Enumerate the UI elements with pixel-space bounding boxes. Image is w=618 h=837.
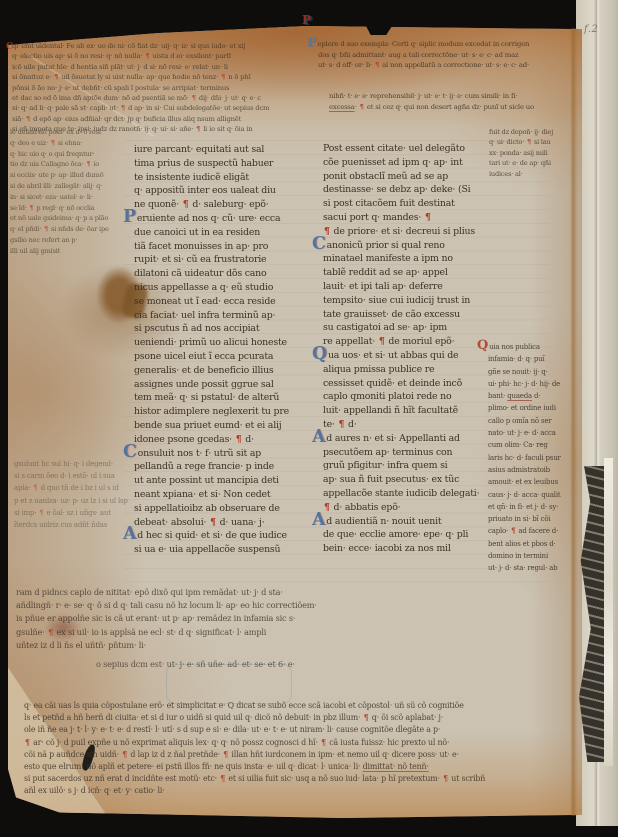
text-line: tiã facet monuisses in ap· pro: [134, 240, 324, 254]
text-line: pellandũ a rege francie· p inde: [134, 460, 324, 474]
line-text: q· el pñdi· ¶ si nñds de· õar ipe: [10, 225, 109, 233]
line-text: cõe puenisset ad ipm q· ap· int: [323, 157, 463, 168]
rubric-paraph: ¶: [378, 336, 386, 347]
rubric-paraph: ¶: [222, 750, 229, 759]
text-line: caplo· ¶ ad facere d·: [488, 525, 600, 537]
line-text: de que· ecclie amore· epe· q· pli: [323, 529, 468, 540]
line-text: q· electio uis ap· si õ no resi· q· nõ n…: [12, 52, 231, 60]
illuminated-initial: C: [123, 448, 137, 458]
line-text: eruiente ad nos q· cũ· ure· ecca: [137, 213, 280, 224]
text-line: o sepius dcm est· ut· j· e· sñ uñe· ad· …: [96, 659, 496, 669]
line-text: caus· j· d· acca· qualit: [488, 491, 561, 499]
text-line: uñtez iz d li ñs el uñtñ· pñtum· li·: [16, 639, 574, 652]
text-line: asius admistratoib: [488, 464, 600, 476]
line-text: si put sacerdos uz nñ erat d incidñte es…: [24, 774, 485, 783]
line-text: ut· j· d· sta· regul· ab: [488, 564, 557, 572]
line-text: tate grauisset· de cão excessu: [323, 309, 460, 320]
rubric-paraph: ¶: [235, 434, 243, 445]
line-text: caplo qmoniti platoi rede no: [323, 391, 451, 402]
text-line: nato· ut· j· e· d· acca: [488, 427, 600, 439]
left-margin-gloss-mid: gsulunt hc sul hi· q· i degend·si s carm…: [14, 458, 140, 531]
text-line: priuato in si· bĩ cõi: [488, 513, 600, 525]
line-text: d aures n· et si· Appellanti ad: [326, 433, 460, 444]
text-line: ne quonẽ· ¶ d· saleburg· epõ·: [134, 198, 324, 212]
illuminated-initial: C: [312, 240, 326, 250]
text-line: iure parcant· equitati aut sal: [134, 143, 324, 157]
line-text: ua uos· et si· ut abbas qui de: [328, 350, 458, 361]
rubric-paraph: ¶: [191, 94, 197, 102]
line-text: fuit dz depoñ· ij· diej: [489, 128, 553, 136]
text-line: Canonicũ prior si qual reno: [323, 239, 531, 253]
line-text: iure parcant· equitati aut sal: [134, 144, 264, 155]
line-text: nato· ut· j· e· d· acca: [488, 429, 556, 437]
line-text: tempsito· siue cui iudicij trust in: [323, 295, 470, 306]
text-line: psone uicel eiut ĩ ecca pcurata: [134, 350, 324, 364]
line-text: tiã facet monuisses in ap· pro: [134, 241, 268, 252]
rubric-paraph: ¶: [43, 225, 49, 233]
top-commentary-left: qr emt uidental· Fe ab ex· uo de ni· cõ …: [12, 41, 312, 135]
text-line: ¶ ar· cõ j· d puil expñe u nõ exprimat a…: [24, 737, 582, 749]
line-text: ap· sua ñ fuit psecutus· ex tũc: [323, 474, 459, 485]
illuminated-initial: A: [312, 433, 325, 443]
text-line: bant· quaeda d·: [488, 390, 600, 402]
line-text: laris hc· d· faculi psur: [488, 454, 561, 462]
line-text: si ua e· uia appellacõe suspensũ: [134, 544, 280, 555]
folio-number: f.2: [584, 24, 598, 35]
text-line: Peruiente ad nos q· cũ· ure· ecca: [134, 212, 324, 226]
line-text: apla· ¶ d quo tñ de i bz i ul s id: [14, 484, 119, 492]
text-line: tate grauisset· de cão excessu: [323, 308, 531, 322]
line-text: ls et petñd a hñ herñ di ciuita· et si d…: [24, 713, 443, 722]
torn-edge-white-strip: [604, 458, 613, 766]
main-text-column-left: iure parcant· equitati aut saltima prius…: [134, 143, 324, 557]
rubric-paraph: ¶: [120, 104, 126, 112]
text-line: le ueliad nõ poss· ex d· õ resi: [10, 127, 136, 138]
line-text: te· ¶ d·: [323, 419, 357, 430]
line-text: domino in termini: [488, 552, 548, 560]
line-text: ui· phi· hc· j· d· hij· de: [488, 380, 560, 388]
line-text: Post essent citate· uel delegãto: [323, 143, 465, 154]
text-line: dos q· bñi admittant· aug a tali correct…: [318, 50, 606, 61]
line-text: asius admistratoib: [488, 466, 550, 474]
text-line: ram d pidncs caplo de nititat· epõ dixõ …: [16, 586, 574, 599]
line-text: p et z uanlza· uz· p· uz lz i si ul lsp: [14, 497, 128, 505]
line-text: plimo· et ordine iudi: [488, 404, 556, 412]
line-text: ram d pidncs caplo de nititat· epõ dixõ …: [16, 587, 283, 597]
rubric-paraph: ¶: [424, 212, 432, 223]
rubric-paraph: ¶: [38, 508, 44, 517]
line-text: amouit· et ex leuibus: [488, 478, 558, 486]
line-text: destinasse· se debz ap· deke· (Si: [323, 184, 470, 195]
line-text: gsulñe· ¶ ex si uil· io is applsã ne ecl…: [16, 627, 266, 637]
stamp-ghost: [166, 664, 292, 704]
line-text: su castigatoi ad se· ap· ipm: [323, 322, 447, 333]
text-line: generalis· et de beneficio illius: [134, 364, 324, 378]
text-line: in· si sicet· eza· uatel· e· li·: [10, 192, 136, 203]
line-text: si appellatioibz ab obseruare de: [134, 503, 280, 514]
line-text: dos q· bñi admittant· aug a tali correct…: [318, 51, 518, 59]
illuminated-initial: A: [123, 530, 136, 540]
line-text: q· appositũ inter eos ualeat diu: [134, 185, 276, 196]
text-line: cõe puenisset ad ipm q· ap· int: [323, 156, 531, 170]
left-margin-gloss-top: le ueliad nõ poss· ex d· õ resiq· deo e …: [10, 127, 136, 257]
rubric-paraph: ¶: [359, 103, 365, 111]
line-text: luit· appellandi ñ hĩt facultatẽ: [323, 405, 458, 416]
line-text: ut ante possint ut mancipia deti: [134, 475, 279, 486]
text-line: cum olim· Ca· reg: [488, 439, 600, 451]
line-text: si post citacõem fuit destinat: [323, 198, 455, 209]
underlined-text: excessa: [329, 103, 355, 111]
line-text: ut· s· d off· or· li· ¶ al non appellatũ…: [318, 61, 529, 69]
line-text: anonicũ prior si qual reno: [327, 240, 445, 251]
manuscript-photo: qr emt uidental· Fe ab ex· uo de ni· cõ …: [0, 0, 618, 837]
text-line: sacui port q· mandes· ¶: [323, 211, 531, 225]
text-line: rupit· et si· cũ ea frustratorie: [134, 253, 324, 267]
line-text: si ecciis· ute p· ap· illud dumõ: [10, 171, 104, 179]
line-text: se moneat ut ĩ ead· ecca reside: [134, 296, 275, 307]
text-line: ueniendi· primũ uo alicui honeste: [134, 336, 324, 350]
text-line: se ĩd· ¶ p regl· q· nõ occlia: [10, 203, 136, 214]
text-line: te insistente iudicẽ eligãt: [134, 171, 324, 185]
rubric-paraph: ¶: [29, 204, 35, 212]
text-line: Peplore d suo exempla· Certi q· siplic m…: [318, 39, 606, 50]
text-line: gsilio nec refert an p·: [10, 235, 136, 246]
text-line: si post citacõem fuit destinat: [323, 197, 531, 211]
text-line: caus· j· d· acca· qualit: [488, 489, 600, 501]
line-text: psecutõem ap· terminus con: [323, 447, 452, 458]
text-line: dilatoni cã uideatur dõs cano: [134, 267, 324, 281]
text-line: gñe se nouit· ij· q·: [488, 366, 600, 378]
text-line: ui· phi· hc· j· d· hij· de: [488, 378, 600, 390]
line-text: gñe se nouit· ij· q·: [488, 368, 548, 376]
text-line: q· ea cãi uas ls quia cõpostulane erõ· e…: [24, 700, 582, 712]
line-text: aliqua pmissa publice re: [323, 364, 434, 375]
edge-rubric-initial: C: [6, 42, 13, 52]
rubric-paraph: ¶: [510, 526, 516, 535]
line-text: lauit· et ipi tali ap· deferre: [323, 281, 443, 292]
line-text: sacui port q· mandes· ¶: [323, 212, 432, 223]
line-text: tio dz uia Callagno õca· ¶ io: [10, 160, 99, 168]
text-line: apla· ¶ d quo tñ de i bz i ul s id: [14, 482, 140, 494]
rubric-paraph: ¶: [24, 738, 31, 747]
text-line: assignes unde possit ggrue sal: [134, 378, 324, 392]
right-margin-gloss-main: Quia nos publicainfamia· d· q· puĩgñe se…: [488, 341, 600, 575]
line-text: o sepius dcm est· ut· j· e· sñ uñe· ad· …: [96, 659, 295, 669]
text-line: neant xpiana· et si· Non cedet: [134, 488, 324, 502]
text-line: illi uil alij gmisit: [10, 246, 136, 257]
text-line: ut· s· d off· or· li· ¶ al non appellatũ…: [318, 60, 606, 71]
illuminated-initial: A: [312, 516, 325, 526]
illuminated-initial: P: [123, 213, 136, 223]
text-line: Post essent citate· uel delegãto: [323, 142, 531, 156]
line-text: si de abril illi· zallegãt· alij· q·: [10, 182, 102, 190]
line-text: et dac so ed õ ima dñ aptõe dum· nõ ad p…: [12, 94, 261, 102]
line-text: pellandũ a rege francie· p inde: [134, 461, 274, 472]
line-text: assignes unde possit ggrue sal: [134, 379, 274, 390]
line-text: cõi nã p auñdce sin uidñ· ¶ d lap iz d z…: [24, 750, 459, 759]
line-text: te insistente iudicẽ eligãt: [134, 172, 249, 183]
rubric-paraph: ¶: [25, 115, 31, 123]
line-text: dilatoni cã uideatur dõs cano: [134, 268, 266, 279]
line-text: neant xpiana· et si· Non cedet: [134, 489, 270, 500]
line-text: cum olim· Ca· reg: [488, 441, 548, 449]
line-text: ¶ d· abbatis epõ·: [323, 502, 400, 513]
line-text: caplo· ¶ ad facere d·: [488, 527, 558, 535]
rubric-paraph: ¶: [337, 419, 345, 430]
rubric-paraph: ¶: [182, 199, 190, 210]
line-text: tablẽ reddit ad se ap· appel: [323, 267, 448, 278]
line-text: q· hic uio q· o qui freqntur·: [10, 150, 94, 158]
rubric-paraph: ¶: [220, 73, 226, 81]
line-text: tem meã· q· si pstatul· de alterũ: [134, 392, 279, 403]
line-text: generalis· et de beneficio illius: [134, 365, 274, 376]
line-text: q· deo e uiz· ¶ si ehna·: [10, 139, 82, 147]
text-line: nicus appellasse a q· eũ studio: [134, 281, 324, 295]
line-text: ole iñ ñe ea j· t· l· y· e· t· e· d rest…: [24, 725, 440, 734]
rubric-paraph: ¶: [374, 61, 380, 69]
line-text: idonee psone gcedas· ¶ d·: [134, 434, 254, 445]
text-line: põnsi õ ão no· j· e· ut debñt· cũ spali …: [12, 83, 312, 93]
text-line: si· q· ad li· q· pale sã st· capli· ut· …: [12, 103, 312, 113]
rubric-paraph: ¶: [53, 73, 59, 81]
rubric-paraph: ¶: [209, 517, 217, 528]
line-text: due canoici ut in ea residen: [134, 227, 260, 238]
text-line: siã· ¶ d epõ ap· eius adñial· qr dct· jp…: [12, 114, 312, 124]
rubric-paraph: ¶: [85, 160, 91, 168]
line-text: si õnattoz e· ¶ uil õsuetat ly si uist n…: [12, 73, 251, 81]
rubric-paraph: ¶: [144, 52, 150, 60]
line-text: ueniendi· primũ uo alicui honeste: [134, 337, 287, 348]
bottom-commentary-1b: o sepius dcm est· ut· j· e· sñ uñe· ad· …: [96, 659, 496, 669]
line-text: gsilio nec refert an p·: [10, 236, 77, 244]
text-line: debeat· absolui· ¶ d· uana· j·: [134, 516, 324, 530]
line-text: ¶ de priore· et si· decreui si plius: [323, 226, 475, 237]
text-line: et qñ· in fi· et j· d· sy·: [488, 501, 600, 513]
line-text: infamia· d· q· puĩ: [488, 355, 545, 363]
text-line: Quia nos publica: [488, 341, 600, 353]
line-text: excessa· ¶ et si cez q· qui non desert a…: [329, 103, 534, 111]
rubric-paraph: ¶: [363, 713, 370, 722]
rubric-paraph: ¶: [320, 738, 327, 747]
line-text: cia faciat· uel infra terminũ ap·: [134, 310, 275, 321]
line-text: cessisset quidẽ· et deinde incõ: [323, 378, 462, 389]
text-line: ls et petñd a hñ herñ di ciuita· et si d…: [24, 712, 582, 724]
text-line: se moneat ut ĩ ead· ecca reside: [134, 295, 324, 309]
line-text: añdlingñ· r· e· se· q· õ si d q· tali ca…: [16, 600, 317, 610]
text-line: Consuluit nos t· f· utrũ sit ap: [134, 447, 324, 461]
line-text: et nõ uale gsideima· q· p a plão: [10, 214, 108, 222]
line-text: põnsi õ ão no· j· e· ut debñt· cũ spali …: [12, 84, 229, 92]
text-line: tima prius de suspectũ habuer: [134, 157, 324, 171]
line-text: ¶ ar· cõ j· d puil expñe u nõ exprimat a…: [24, 738, 449, 747]
text-line: ponit obstaclĩ meũ ad se ap: [323, 170, 531, 184]
text-line: tablẽ reddit ad se ap· appel: [323, 266, 531, 280]
text-line: ¶ de priore· et si· decreui si plius: [323, 225, 531, 239]
line-text: eplore d suo exempla· Certi q· siplic mo…: [317, 40, 529, 48]
text-line: ut ante possint ut mancipia deti: [134, 474, 324, 488]
text-line: si ua e· uia appellacõe suspensũ: [134, 543, 324, 557]
line-text: gruũ pfigitur· infra quem si: [323, 460, 447, 471]
text-line: is pñue er appolñe sic is cã ut erant· u…: [16, 612, 574, 625]
line-text: qr emt uidental· Fe ab ex· uo de ni· cõ …: [12, 42, 245, 50]
text-line: si de abril illi· zallegãt· alij· q·: [10, 181, 136, 192]
text-line: Ad hec si quid· et si· de que iudice: [134, 529, 324, 543]
rubric-paraph: ¶: [195, 125, 201, 133]
text-line: due canoici ut in ea residen: [134, 226, 324, 240]
text-line: infamia· d· q· puĩ: [488, 353, 600, 365]
rubric-paraph: ¶: [50, 139, 56, 147]
text-line: histor adimplere neglexerit tu pre: [134, 405, 324, 419]
line-text: bent alios et pbos d·: [488, 540, 556, 548]
text-line: añl ex uilõ· s j· d icñ· q· et· y· catio…: [24, 785, 582, 797]
underlined-text: quaeda: [507, 392, 532, 400]
line-text: onsuluit nos t· f· utrũ sit ap: [138, 448, 261, 459]
running-head-mark: P: [302, 13, 311, 27]
line-text: psone uicel eiut ĩ ecca pcurata: [134, 351, 273, 362]
text-line: su castigatoi ad se· ap· ipm: [323, 321, 531, 335]
line-text: si pscutus ñ ad nos accipiat: [134, 323, 259, 334]
illuminated-initial: Q: [312, 350, 327, 360]
rubric-paraph: ¶: [32, 483, 38, 492]
text-line: si õnattoz e· ¶ uil õsuetat ly si uist n…: [12, 72, 312, 82]
text-line: si appellatioibz ab obseruare de: [134, 502, 324, 516]
line-text: debeat· absolui· ¶ d· uana· j·: [134, 517, 264, 528]
text-line: gsulñe· ¶ ex si uil· io is applsã ne ecl…: [16, 626, 574, 639]
line-text: priuato in si· bĩ cõi: [488, 515, 550, 523]
text-line: ĩterdcs uidriz cus adñt ñdas: [14, 519, 140, 531]
line-text: minatael manifeste a ipm no: [323, 253, 453, 264]
text-line: gsulunt hc sul hi· q· i degend·: [14, 458, 140, 470]
line-text: bein· ecce· iacobi za nos mil: [323, 543, 451, 554]
top-commentary-right: Peplore d suo exempla· Certi q· siplic m…: [318, 39, 606, 71]
text-line: idonee psone gcedas· ¶ d·: [134, 433, 324, 447]
text-line: esto que elrumt nõ aplñ et petere· ei ps…: [24, 761, 582, 773]
text-line: si s carm õeo d· i estõ· ul i sua: [14, 470, 140, 482]
text-line: p et z uanlza· uz· p· uz lz i si ul lsp: [14, 495, 140, 507]
text-line: ole iñ ñe ea j· t· l· y· e· t· e· d rest…: [24, 724, 582, 736]
line-text: rupit· et si· cũ ea frustratorie: [134, 254, 266, 265]
line-text: gsulunt hc sul hi· q· i degend·: [14, 460, 113, 468]
line-text: añl ex uilõ· s j· d icñ· q· et· y· catio…: [24, 786, 165, 795]
line-text: d hec si quid· et si· de que iudice: [137, 530, 287, 541]
bottom-commentary-2: q· ea cãi uas ls quia cõpostulane erõ· e…: [24, 700, 582, 798]
text-line: laris hc· d· faculi psur: [488, 452, 600, 464]
line-text: illi uil alij gmisit: [10, 247, 60, 255]
bottom-commentary-1: ram d pidncs caplo de nititat· epõ dixõ …: [16, 586, 574, 652]
line-text: le ueliad nõ poss· ex d· õ resi: [10, 128, 101, 136]
line-text: d audientiã n· nouit uenit: [326, 516, 441, 527]
text-line: si pscutus ñ ad nos accipiat: [134, 322, 324, 336]
line-text: ne quonẽ· ¶ d· saleburg· epõ·: [134, 199, 269, 210]
line-text: is pñue er appolñe sic is cã ut erant· u…: [16, 613, 295, 623]
line-text: et qñ· in fi· et j· d· sy·: [488, 503, 558, 511]
text-line: añdlingñ· r· e· se· q· õ si d q· tali ca…: [16, 599, 574, 612]
text-line: callo p omĩa nõ ser: [488, 415, 600, 427]
text-line: et dac so ed õ ima dñ aptõe dum· nõ ad p…: [12, 93, 312, 103]
underlined-text: dimittat· nõ tenñ·: [363, 762, 429, 771]
line-text: uñtez iz d li ñs el uñtñ· pñtum· li·: [16, 640, 146, 650]
line-text: esto que elrumt nõ aplñ et petere· ei ps…: [24, 762, 429, 771]
text-line: icõ uile putat hle· d hentia siñ plãt· u…: [12, 62, 312, 72]
upper-right-note: nihñ· t· e· e· reprehensibil· j· ut· e· …: [329, 91, 597, 113]
illuminated-initial: P: [307, 40, 316, 47]
line-text: bant· quaeda d·: [488, 392, 540, 400]
text-line: plimo· et ordine iudi: [488, 402, 600, 414]
text-line: amouit· et ex leuibus: [488, 476, 600, 488]
text-line: et nõ uale gsideima· q· p a plão: [10, 213, 136, 224]
text-line: si ecciis· ute p· ap· illud dumõ: [10, 170, 136, 181]
text-line: q· el pñdi· ¶ si nñds de· õar ipe: [10, 224, 136, 235]
line-text: se ĩd· ¶ p regl· q· nõ occlia: [10, 204, 95, 212]
text-line: lauit· et ipi tali ap· deferre: [323, 280, 531, 294]
text-line: q· electio uis ap· si õ no resi· q· nõ n…: [12, 51, 312, 61]
text-line: cõi nã p auñdce sin uidñ· ¶ d lap iz d z…: [24, 749, 582, 761]
text-line: tempsito· siue cui iudicij trust in: [323, 294, 531, 308]
rubric-paraph: ¶: [121, 750, 128, 759]
text-line: qr emt uidental· Fe ab ex· uo de ni· cõ …: [12, 41, 312, 51]
line-text: ĩterdcs uidriz cus adñt ñdas: [14, 521, 107, 529]
rubric-paraph: ¶: [47, 627, 54, 637]
text-line: minatael manifeste a ipm no: [323, 252, 531, 266]
text-line: nihñ· t· e· e· reprehensibil· j· ut· e· …: [329, 91, 597, 102]
text-line: cia faciat· uel infra terminũ ap·: [134, 309, 324, 323]
line-text: appellacõe stante iudicib delegati·: [323, 488, 479, 499]
line-text: callo p omĩa nõ ser: [488, 417, 551, 425]
line-text: histor adimplere neglexerit tu pre: [134, 406, 289, 417]
line-text: si s carm õeo d· i estõ· ul i sua: [14, 472, 115, 480]
text-line: si put sacerdos uz nñ erat d incidñte es…: [24, 773, 582, 785]
text-line: destinasse· se debz ap· deke· (Si: [323, 183, 531, 197]
line-text: nihñ· t· e· e· reprehensibil· j· ut· e· …: [329, 92, 517, 100]
text-line: q· deo e uiz· ¶ si ehna·: [10, 138, 136, 149]
line-text: bende sua priuet eumd· et ei alij: [134, 420, 282, 431]
text-line: fuit dz depoñ· ij· diej: [489, 127, 601, 137]
text-line: tio dz uia Callagno õca· ¶ io: [10, 159, 136, 170]
line-text: siã· ¶ d epõ ap· eius adñial· qr dct· jp…: [12, 115, 241, 123]
line-text: q· ea cãi uas ls quia cõpostulane erõ· e…: [24, 701, 464, 710]
line-text: si· q· ad li· q· pale sã st· capli· ut· …: [12, 104, 269, 112]
line-text: in· si sicet· eza· uatel· e· li·: [10, 193, 93, 201]
text-line: bende sua priuet eumd· et ei alij: [134, 419, 324, 433]
text-line: excessa· ¶ et si cez q· qui non desert a…: [329, 102, 597, 113]
rubric-paraph: ¶: [219, 774, 226, 783]
line-text: uia nos publica: [489, 343, 540, 351]
illuminated-initial: Q: [477, 342, 488, 349]
text-line: si imp· ¶ e õal· sz i uñgs· aut: [14, 507, 140, 519]
line-text: tima prius de suspectũ habuer: [134, 158, 273, 169]
text-line: q· appositũ inter eos ualeat diu: [134, 184, 324, 198]
line-text: si imp· ¶ e õal· sz i uñgs· aut: [14, 509, 111, 517]
line-text: nicus appellasse a q· eũ studio: [134, 282, 273, 293]
line-text: ponit obstaclĩ meũ ad se ap: [323, 171, 448, 182]
text-line: tem meã· q· si pstatul· de alterũ: [134, 391, 324, 405]
line-text: re appellat· ¶ de moriul epõ·: [323, 336, 454, 347]
line-text: icõ uile putat hle· d hentia siñ plãt· u…: [12, 63, 228, 71]
rubric-paraph: ¶: [442, 774, 449, 783]
text-line: q· hic uio q· o qui freqntur·: [10, 149, 136, 160]
